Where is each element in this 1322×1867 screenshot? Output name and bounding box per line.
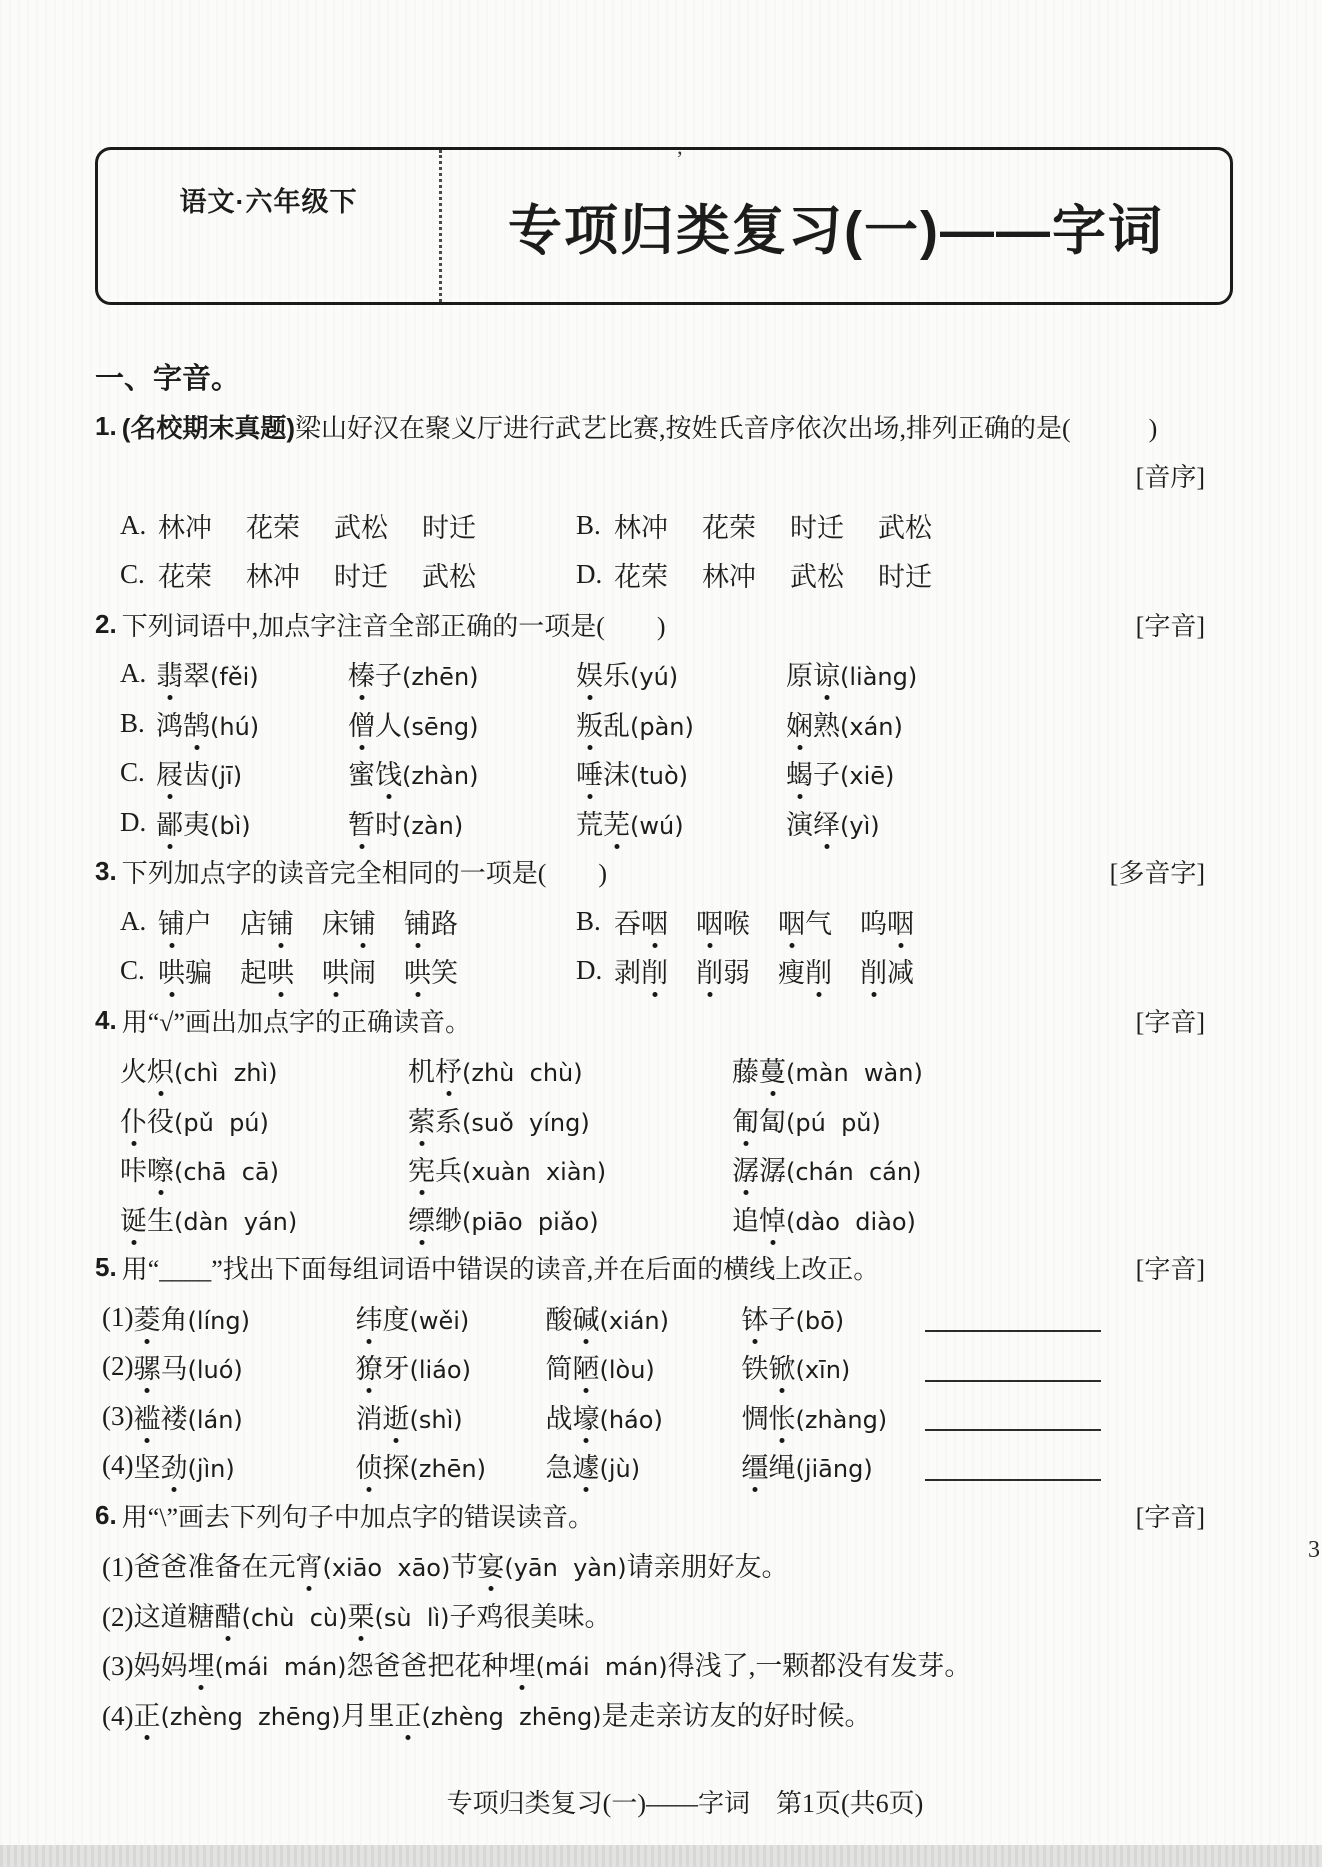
option-word: 瘦削	[778, 951, 832, 990]
question-4-row-3: 咔嚓(chā cā) 宪兵(xuàn xiàn) 潺潺(chán cán)	[95, 1144, 1205, 1194]
question-6-sentence-4: (4)正(zhèng zhēng)月里正(zhèng zhēng)是走亲访友的好…	[95, 1689, 1205, 1739]
word-item: 娱乐(yú)	[576, 654, 786, 693]
option-word: 咽喉	[696, 902, 750, 941]
question-source-label: (名校期末真题)	[122, 408, 295, 445]
section-title: 一、字音。	[95, 356, 240, 397]
question-2-row-d: D. 鄙夷(bì) 暂时(zàn) 荒芜(wú) 演绎(yì)	[95, 798, 1205, 848]
word-item: 僧人(sēng)	[348, 704, 576, 743]
word-item: 蝎子(xiē)	[786, 753, 894, 792]
question-2-row-a: A. 翡翠(fěi) 榛子(zhēn) 娱乐(yú) 原谅(liàng)	[95, 649, 1205, 699]
word-item: 原谅(liàng)	[786, 654, 917, 693]
word-item: 仆役(pǔ pú)	[120, 1100, 408, 1139]
option-label: B.	[120, 708, 156, 739]
option-label: B.	[576, 906, 614, 937]
option-b: B. 林冲 花荣 时迁 武松	[576, 506, 1032, 545]
option-a: A. 林冲 花荣 武松 时迁	[120, 506, 576, 545]
answer-blank	[925, 1352, 1101, 1382]
question-5-row-3: (3) 褴褛(lán) 消逝(shì) 战壕(háo) 惆怅(zhàng)	[95, 1392, 1205, 1442]
word-item: 咔嚓(chā cā)	[120, 1149, 408, 1188]
question-5-row-4: (4) 坚劲(jìn) 侦探(zhēn) 急遽(jù) 缰绳(jiāng)	[95, 1441, 1205, 1491]
option-word: 花荣	[702, 506, 756, 545]
question-text: 用“√”画出加点字的正确读音。	[122, 1002, 471, 1039]
word-item: 钵子(bō)	[741, 1298, 844, 1337]
item-label: (3)	[102, 1401, 133, 1432]
word-item: 叛乱(pàn)	[576, 704, 786, 743]
option-word: 林冲	[614, 506, 668, 545]
word-item: 追悼(dào diào)	[732, 1199, 916, 1238]
option-word: 铺路	[404, 902, 458, 941]
sentence: (2)这道糖醋(chù cù)栗(sù lì)子鸡很美味。	[102, 1595, 612, 1634]
option-word: 时迁	[422, 506, 476, 545]
question-4-row-2: 仆役(pǔ pú) 萦系(suǒ yíng) 匍匐(pú pǔ)	[95, 1095, 1205, 1145]
word-item: 侦探(zhēn)	[355, 1446, 545, 1485]
section-heading: 一、字音。	[95, 352, 1205, 402]
question-2-row-b: B. 鸿鹄(hú) 僧人(sēng) 叛乱(pàn) 娴熟(xán)	[95, 699, 1205, 749]
option-a: A. 铺户 店铺 床铺 铺路	[120, 902, 576, 941]
option-word: 床铺	[322, 902, 376, 941]
option-label: B.	[576, 510, 614, 541]
scan-mark: ’	[676, 146, 683, 172]
question-1-tag-row: [音序]	[95, 451, 1205, 501]
option-word: 花荣	[614, 555, 668, 594]
option-word: 武松	[422, 555, 476, 594]
word-item: 惆怅(zhàng)	[741, 1397, 887, 1436]
option-label: A.	[120, 658, 156, 689]
word-item: 鄙夷(bì)	[156, 803, 348, 842]
option-word: 时迁	[878, 555, 932, 594]
word-item: 坚劲(jìn)	[133, 1446, 355, 1485]
question-tag: [字音]	[1136, 1249, 1205, 1286]
question-5: 5. 用“____”找出下面每组词语中错误的读音,并在后面的横线上改正。 [字音…	[95, 1243, 1205, 1293]
option-label: D.	[576, 559, 614, 590]
word-item: 娴熟(xán)	[786, 704, 903, 743]
item-label: (4)	[102, 1450, 133, 1481]
scan-bottom-strip	[0, 1845, 1322, 1867]
question-tag: [字音]	[1136, 1497, 1205, 1534]
option-word: 武松	[334, 506, 388, 545]
option-label: A.	[120, 906, 158, 937]
option-word: 削减	[860, 951, 914, 990]
question-5-row-1: (1) 菱角(líng) 纬度(wěi) 酸碱(xián) 钵子(bō)	[95, 1293, 1205, 1343]
option-word: 剥削	[614, 951, 668, 990]
question-1: 1. (名校期末真题) 梁山好汉在聚义厅进行武艺比赛,按姓氏音序依次出场,排列正…	[95, 402, 1205, 452]
header-box: ’ 语文·六年级下 专项归类复习(一)——字词	[95, 147, 1233, 305]
question-1-options-row-1: A. 林冲 花荣 武松 时迁 B. 林冲 花荣 时迁 武松	[95, 501, 1205, 551]
question-4-row-4: 诞生(dàn yán) 缥缈(piāo piǎo) 追悼(dào diào)	[95, 1194, 1205, 1244]
question-4: 4. 用“√”画出加点字的正确读音。 [字音]	[95, 996, 1205, 1046]
option-c: C. 哄骗 起哄 哄闹 哄笑	[120, 951, 576, 990]
word-item: 蜜饯(zhàn)	[348, 753, 576, 792]
question-number: 5.	[95, 1252, 117, 1283]
header-subject-cell: 语文·六年级下	[98, 150, 442, 302]
question-number: 2.	[95, 609, 117, 640]
question-3-options-row-2: C. 哄骗 起哄 哄闹 哄笑 D. 剥削 削弱 瘦削 削减	[95, 946, 1205, 996]
worksheet-body: 一、字音。 1. (名校期末真题) 梁山好汉在聚义厅进行武艺比赛,按姓氏音序依次…	[95, 352, 1205, 1738]
word-item: 萦系(suǒ yíng)	[408, 1100, 732, 1139]
word-item: 火炽(chì zhì)	[120, 1050, 408, 1089]
option-word: 哄笑	[404, 951, 458, 990]
word-item: 诞生(dàn yán)	[120, 1199, 408, 1238]
question-6-sentence-1: (1)爸爸准备在元宵(xiāo xāo)节宴(yān yàn)请亲朋好友。	[95, 1540, 1205, 1590]
option-label: C.	[120, 757, 156, 788]
question-number: 3.	[95, 856, 117, 887]
word-item: 唾沫(tuò)	[576, 753, 786, 792]
word-item: 菱角(líng)	[133, 1298, 355, 1337]
word-item: 机杼(zhù chù)	[408, 1050, 732, 1089]
question-3-options-row-1: A. 铺户 店铺 床铺 铺路 B. 吞咽 咽喉 咽气 呜咽	[95, 897, 1205, 947]
page-edge-number: 3	[1308, 1537, 1320, 1564]
word-item: 藤蔓(màn wàn)	[732, 1050, 923, 1089]
word-item: 潺潺(chán cán)	[732, 1149, 921, 1188]
word-item: 缥缈(piāo piǎo)	[408, 1199, 732, 1238]
item-label: (2)	[102, 1351, 133, 1382]
question-text: 梁山好汉在聚义厅进行武艺比赛,按姓氏音序依次出场,排列正确的是( )	[295, 408, 1157, 445]
word-item: 纬度(wěi)	[355, 1298, 545, 1337]
option-word: 武松	[878, 506, 932, 545]
question-number: 6.	[95, 1500, 117, 1531]
word-item: 急遽(jù)	[545, 1446, 741, 1485]
answer-blank	[925, 1302, 1101, 1332]
option-word: 吞咽	[614, 902, 668, 941]
option-d: D. 花荣 林冲 武松 时迁	[576, 555, 1032, 594]
question-tag: [字音]	[1136, 1002, 1205, 1039]
word-item: 匍匐(pú pǔ)	[732, 1100, 881, 1139]
option-label: C.	[120, 559, 158, 590]
sentence: (4)正(zhèng zhēng)月里正(zhèng zhēng)是走亲访友的好…	[102, 1694, 872, 1733]
option-b: B. 吞咽 咽喉 咽气 呜咽	[576, 902, 1032, 941]
word-item: 缰绳(jiāng)	[741, 1446, 872, 1485]
question-text: 用“\”画去下列句子中加点字的错误读音。	[122, 1497, 594, 1534]
question-6-sentence-3: (3)妈妈埋(mái mán)怨爸爸把花种埋(mái mán)得浅了,一颗都没有…	[95, 1639, 1205, 1689]
page-footer: 专项归类复习(一)——字词 第1页(共6页)	[95, 1783, 1205, 1820]
header-title-cell: 专项归类复习(一)——字词	[442, 150, 1230, 302]
word-item: 屐齿(jī)	[156, 753, 348, 792]
word-item: 宪兵(xuàn xiàn)	[408, 1149, 732, 1188]
page-title: 专项归类复习(一)——字词	[508, 188, 1164, 265]
question-tag: [字音]	[1136, 606, 1205, 643]
word-item: 骡马(luó)	[133, 1347, 355, 1386]
subject-label: 语文·六年级下	[180, 180, 358, 219]
option-word: 哄闹	[322, 951, 376, 990]
option-word: 花荣	[246, 506, 300, 545]
word-item: 简陋(lòu)	[545, 1347, 741, 1386]
question-2-row-c: C. 屐齿(jī) 蜜饯(zhàn) 唾沫(tuò) 蝎子(xiē)	[95, 748, 1205, 798]
word-item: 演绎(yì)	[786, 803, 880, 842]
word-item: 褴褛(lán)	[133, 1397, 355, 1436]
option-word: 时迁	[334, 555, 388, 594]
question-text: 下列加点字的读音完全相同的一项是( )	[122, 853, 607, 890]
option-word: 店铺	[240, 902, 294, 941]
question-text: 下列词语中,加点字注音全部正确的一项是( )	[122, 606, 666, 643]
option-label: D.	[120, 807, 156, 838]
question-text: 用“____”找出下面每组词语中错误的读音,并在后面的横线上改正。	[122, 1249, 880, 1286]
option-word: 咽气	[778, 902, 832, 941]
option-word: 林冲	[702, 555, 756, 594]
option-word: 起哄	[240, 951, 294, 990]
question-2: 2. 下列词语中,加点字注音全部正确的一项是( ) [字音]	[95, 600, 1205, 650]
sentence: (1)爸爸准备在元宵(xiāo xāo)节宴(yān yàn)请亲朋好友。	[102, 1545, 789, 1584]
option-word: 花荣	[158, 555, 212, 594]
option-label: A.	[120, 510, 158, 541]
option-label: D.	[576, 955, 614, 986]
item-label: (1)	[102, 1302, 133, 1333]
question-number: 4.	[95, 1005, 117, 1036]
word-item: 榛子(zhēn)	[348, 654, 576, 693]
answer-blank	[925, 1401, 1101, 1431]
word-item: 鸿鹄(hú)	[156, 704, 348, 743]
question-number: 1.	[95, 411, 117, 442]
question-1-options-row-2: C. 花荣 林冲 时迁 武松 D. 花荣 林冲 武松 时迁	[95, 550, 1205, 600]
word-item: 消逝(shì)	[355, 1397, 545, 1436]
word-item: 荒芜(wú)	[576, 803, 786, 842]
sentence: (3)妈妈埋(mái mán)怨爸爸把花种埋(mái mán)得浅了,一颗都没有…	[102, 1644, 971, 1683]
question-6-sentence-2: (2)这道糖醋(chù cù)栗(sù lì)子鸡很美味。	[95, 1590, 1205, 1640]
option-word: 削弱	[696, 951, 750, 990]
option-word: 呜咽	[860, 902, 914, 941]
question-4-row-1: 火炽(chì zhì) 机杼(zhù chù) 藤蔓(màn wàn)	[95, 1045, 1205, 1095]
option-word: 林冲	[158, 506, 212, 545]
word-item: 暂时(zàn)	[348, 803, 576, 842]
option-word: 铺户	[158, 902, 212, 941]
question-5-row-2: (2) 骡马(luó) 獠牙(liáo) 简陋(lòu) 铁锨(xīn)	[95, 1342, 1205, 1392]
word-item: 獠牙(liáo)	[355, 1347, 545, 1386]
word-item: 铁锨(xīn)	[741, 1347, 850, 1386]
question-tag: [音序]	[1136, 457, 1205, 494]
option-word: 林冲	[246, 555, 300, 594]
option-d: D. 剥削 削弱 瘦削 削减	[576, 951, 1032, 990]
word-item: 翡翠(fěi)	[156, 654, 348, 693]
word-item: 战壕(háo)	[545, 1397, 741, 1436]
word-item: 酸碱(xián)	[545, 1298, 741, 1337]
question-6: 6. 用“\”画去下列句子中加点字的错误读音。 [字音]	[95, 1491, 1205, 1541]
option-c: C. 花荣 林冲 时迁 武松	[120, 555, 576, 594]
option-word: 武松	[790, 555, 844, 594]
option-word: 哄骗	[158, 951, 212, 990]
answer-blank	[925, 1451, 1101, 1481]
footer-text: 专项归类复习(一)——字词 第1页(共6页)	[447, 1789, 924, 1818]
option-word: 时迁	[790, 506, 844, 545]
question-3: 3. 下列加点字的读音完全相同的一项是( ) [多音字]	[95, 847, 1205, 897]
question-tag: [多音字]	[1110, 853, 1205, 890]
option-label: C.	[120, 955, 158, 986]
